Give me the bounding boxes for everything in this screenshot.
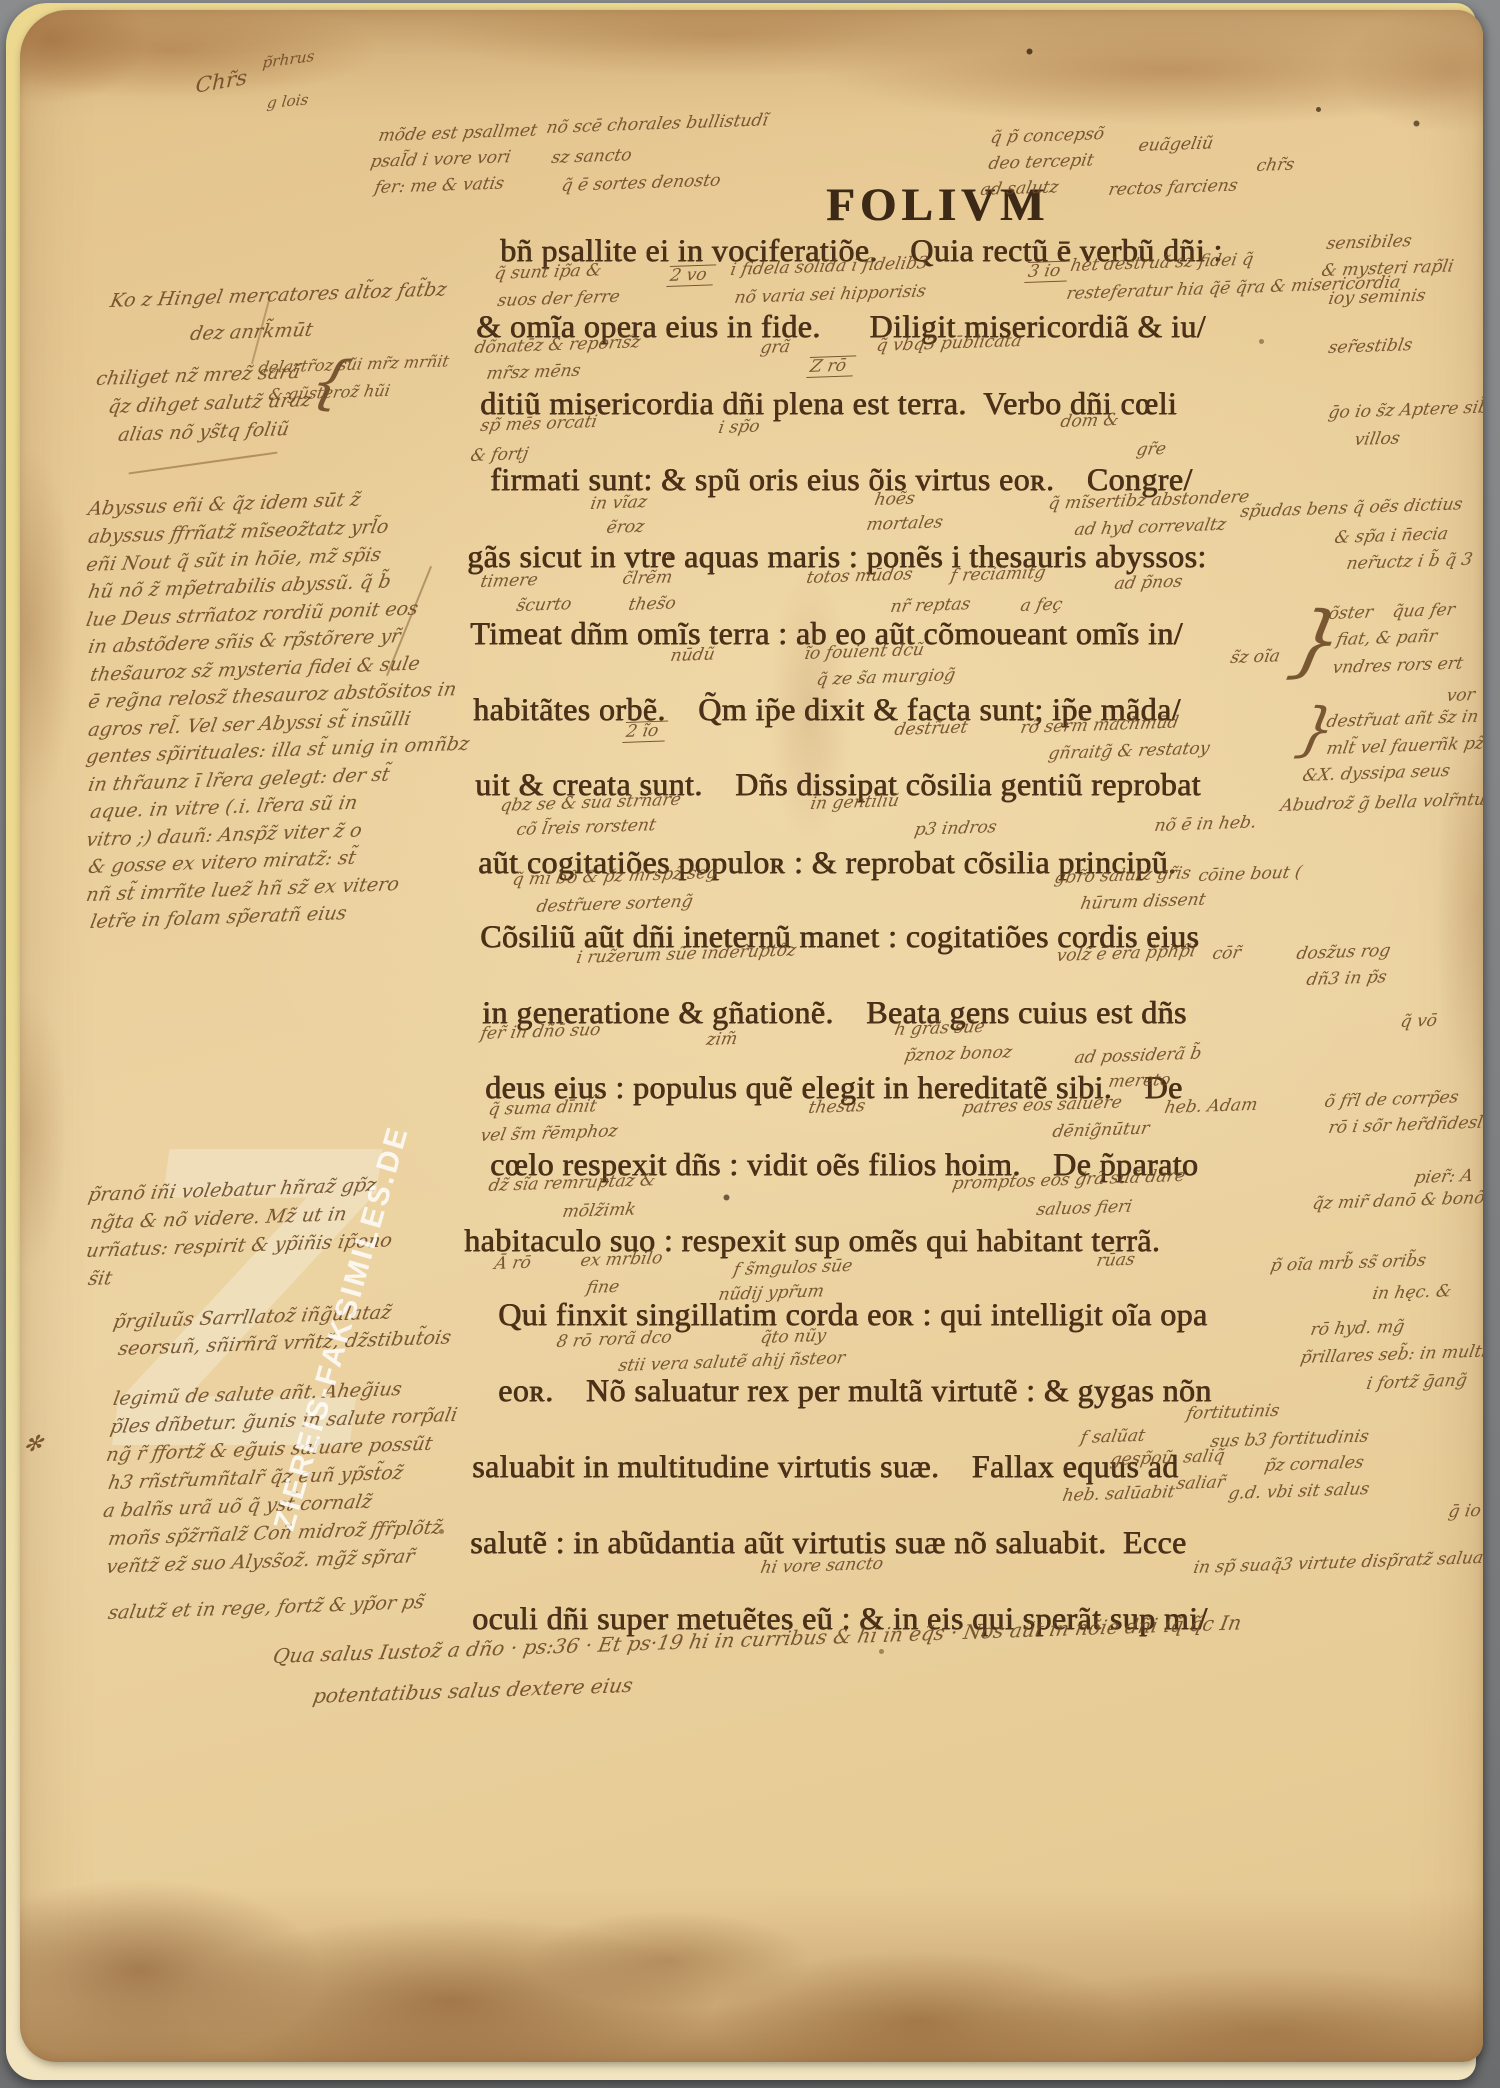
handwritten-gloss: abyssus ffrñatz̃ mĩseoz̃tatz yrl̃o [87, 518, 390, 547]
handwritten-gloss: ad p̃nos [1113, 574, 1184, 593]
handwritten-gloss: 2 ĩo [622, 721, 668, 743]
handwritten-gloss: fer̃ in dñō suo [479, 1022, 602, 1043]
handwritten-gloss: sensibiles [1325, 233, 1413, 253]
handwritten-gloss: q̃ mĩsertibz abstondere [1047, 489, 1251, 513]
handwritten-gloss: nūdũ [669, 646, 716, 665]
handwritten-gloss: &X. dyssipa seus [1301, 763, 1451, 785]
handwritten-gloss: vitro ;) dauñ: Ansp̃z̃ viter z̃ o [85, 821, 364, 850]
handwritten-gloss: p̃z cornales [1263, 1455, 1365, 1475]
handwritten-gloss: moñs sp̃z̃rñalz̃ Coñ midroz̃ ffr̃plõtz̃ [107, 1518, 444, 1549]
handwritten-gloss: q̃ ze s̃a murgiog̃ [815, 667, 957, 689]
handwritten-gloss: cōr̃ [1211, 945, 1242, 963]
handwritten-gloss: saliar̃ [1175, 1474, 1226, 1493]
handwritten-gloss: destr̃uere sorteng̃ [535, 894, 694, 916]
handwritten-gloss: ex mrbilo [579, 1250, 664, 1270]
handwritten-gloss: gñraitg̃ & restatoy [1047, 740, 1211, 763]
handwritten-gloss: Z rō [806, 355, 856, 378]
handwritten-gloss: suos der ferre [496, 289, 621, 310]
handwritten-gloss: mr̃sz mēns [485, 363, 582, 383]
handwritten-gloss: nr̃ reptas [889, 596, 972, 616]
handwritten-gloss: ad hyd correvaltz [1073, 517, 1227, 539]
handwritten-gloss: ✻ [21, 1434, 44, 1456]
handwritten-gloss: eñi Nout q̃ sũt in hōie, mz̃ sp̃is [85, 546, 383, 575]
handwritten-gloss: i sp̃o [717, 419, 761, 437]
handwritten-gloss: het destruã sz fidei q̃ [1069, 252, 1255, 275]
handwritten-gloss: fer: me & vatis [373, 176, 505, 197]
handwritten-gloss: dez anrk̃mūt [189, 321, 315, 344]
handwritten-gloss: Ā rō [493, 1255, 532, 1273]
handwritten-gloss: rectos farciens [1107, 178, 1239, 199]
handwritten-gloss: ng̃ta & nõ videre. Mz̃ ut in [89, 1205, 349, 1233]
handwritten-gloss: & sp̃a i n̄ecia [1333, 526, 1449, 547]
handwritten-gloss: ner̃uctz i b̃ q̃ 3 [1345, 552, 1474, 573]
handwritten-gloss: heb. salūabit [1061, 1484, 1176, 1505]
handwritten-gloss: hi vore sancto [759, 1556, 884, 1577]
handwritten-gloss: vor [1445, 687, 1476, 705]
handwritten-gloss: s̃it [87, 1269, 114, 1289]
handwritten-gloss: cōine bout ( [1197, 864, 1303, 885]
handwritten-gloss: psal̃d i vore vori [369, 149, 512, 171]
handwritten-gloss: a balñs urã uõ q̃ yst̃ cornalz̃ [102, 1493, 374, 1521]
handwritten-gloss: p̃znoz bonoz [903, 1044, 1013, 1065]
handwritten-gloss: in abstõdere sñis & rp̃stõrere yr̃ [87, 627, 402, 657]
handwritten-gloss: vel s̃m r̃ēmphoz [479, 1123, 619, 1145]
handwritten-gloss: sp̃udas bens q̃ oẽs dictius [1239, 496, 1464, 521]
handwritten-gloss: thes̃o [627, 595, 677, 614]
handwritten-gloss: q̃to nũy [759, 1328, 827, 1347]
handwritten-gloss: p̃rgiluũs Sarrllatoz̃ iñg̃ulataz̃ [112, 1303, 393, 1332]
handwritten-gloss: q̃ ē sortes denosto [560, 172, 722, 194]
handwritten-gloss: s̃curto [515, 596, 573, 615]
handwritten-gloss: q̃ sunt ip̃a & [493, 262, 603, 283]
handwritten-gloss: & gosse ex vitero miratz̃: st̃ [87, 849, 358, 877]
handwritten-gloss: fortitutinis [1185, 1403, 1281, 1423]
handwritten-gloss: dñ3 in p̃s [1305, 969, 1388, 989]
printed-line: eoʀ. Nõ saluatur rex per multã virtutẽ :… [498, 1374, 1212, 1406]
handwritten-gloss: rūas [1095, 1252, 1136, 1270]
handwritten-gloss: s̃z oĩa [1229, 648, 1281, 667]
handwritten-gloss: ĩo fouient dcũ [803, 642, 925, 663]
handwritten-gloss: p̃les dñbetur. g̃unis in salute rorp̃ali [109, 1406, 459, 1437]
handwritten-gloss: urñatus: respirit & yp̃iñis ip̃ono [85, 1231, 394, 1261]
handwritten-gloss: potentatibus salus dextere eius [311, 1675, 634, 1706]
handwritten-gloss: rorã dco [597, 1329, 673, 1349]
handwritten-gloss: ad salutz [979, 179, 1060, 199]
handwritten-gloss: destr̃uet [893, 719, 969, 739]
handwritten-gloss: dz̃ sĩa remrup̃tāz & [487, 1172, 657, 1195]
handwritten-gloss: q̃ vbq3 pūblicata [875, 333, 1023, 355]
handwritten-gloss: 8 rō [555, 1333, 593, 1351]
handwritten-gloss: dom̃ & [1059, 412, 1120, 431]
handwritten-gloss: hũ nõ z̃ mp̃etrabilis abyssũ. q̃ b̃ [87, 573, 393, 602]
handwritten-gloss: nõ scē chorales bullistudĩ [545, 112, 769, 137]
handwritten-gloss: i fortz̃ ḡang̃ [1365, 1373, 1468, 1393]
handwritten-gloss: legimũ de salute añt. Aheg̃ius [112, 1380, 404, 1409]
handwritten-gloss: Abudroz̃ [1279, 795, 1355, 815]
handwritten-gloss: in thr̃aunz ī lr̃era gelegt: der st̃ [87, 766, 391, 795]
handwritten-gloss: destr̃uat añt s̃z in bõ [1325, 708, 1483, 731]
handwritten-gloss: gr̃e [1135, 441, 1167, 459]
handwritten-gloss: volz̃ ē era p̃php̃i [1055, 943, 1197, 965]
printed-line: habitaculo suo : respexit sup omẽs qui h… [464, 1224, 1160, 1256]
handwritten-gloss: seorsuñ, sñirñrã vrñtz̃, dz̃stibut̃ois [117, 1328, 453, 1359]
handwritten-gloss: qbz se & sua strñare [499, 792, 682, 815]
handwritten-gloss: thes̃us [807, 1098, 867, 1117]
handwritten-gloss: g.d. vbi sit salus [1227, 1481, 1371, 1503]
handwritten-gloss: in hęc. & [1371, 1283, 1453, 1303]
handwritten-gloss: 2 vo [666, 264, 716, 287]
handwritten-gloss: rō i sõr her̃dñdeslr̃ [1327, 1114, 1483, 1137]
handwritten-gloss: chr̃s [1255, 157, 1296, 175]
handwritten-gloss: mōlz̃imk [561, 1201, 637, 1221]
handwritten-gloss: heb. Adam [1163, 1097, 1259, 1117]
handwritten-gloss: ng̃ r̃ ffortz̃ & eg̃uis saluare possũt [105, 1435, 434, 1465]
handwritten-gloss: f s̃mgulos sūe [732, 1258, 854, 1279]
handwritten-gloss: q̃ p̃ concepsõ [989, 126, 1105, 147]
handwritten-gloss: aque. in vitre (.i. lr̃era sũ in [89, 794, 359, 822]
handwritten-gloss: q̃ vō [1399, 1013, 1438, 1031]
handwritten-gloss: h grãs sūe [893, 1019, 986, 1039]
ink-specks [20, 10, 23, 13]
handwritten-gloss: Ko z Hingel mercatores alt̃oz fat̃bz [109, 280, 448, 311]
handwritten-gloss: ẽroz [605, 519, 646, 537]
handwritten-gloss: i fidela solida i fidelib3 [729, 255, 929, 279]
handwritten-gloss: Abyssus eñi & q̃z idem sūt z̃ [87, 491, 362, 519]
printed-line: saluabit in multitudine virtutis suæ. Fa… [472, 1450, 1178, 1482]
printed-line: salutẽ : in abũdantia aũt virtutis suæ n… [470, 1526, 1186, 1558]
handwritten-gloss: gbr̃o salutz gr̃is [1053, 865, 1192, 887]
handwritten-gloss: h3 rñstr̃umñtalr̃ q̃z euñ yp̃st̃oz̃ [107, 1464, 405, 1493]
handwritten-gloss: q̃ suma dīnit̃ [487, 1098, 598, 1119]
handwritten-gloss: rõ serm̃ machmūd [1019, 715, 1180, 737]
handwritten-gloss: deo tercepit [987, 152, 1095, 173]
manuscript-page: Z FOLIVM bñ psallite ei in vociferatiõe.… [20, 10, 1483, 2062]
handwritten-gloss: p̃rhrus [262, 49, 315, 71]
handwritten-gloss: mõde est psallmet [377, 123, 538, 145]
printed-line: firmati sunt: & spũ oris eius õis virtus… [490, 463, 1193, 495]
handwritten-gloss: sp̃ mēs orcati [479, 414, 598, 435]
handwritten-gloss: vndres rors ert [1331, 655, 1464, 677]
handwritten-gloss: alias nõ ys̃tq foliũ [117, 420, 291, 445]
handwritten-gloss: dēnig̃nūtur [1051, 1121, 1151, 1141]
handwritten-gloss: gentes sp̃irituales: illa st̃ unig in om… [85, 735, 471, 767]
handwritten-gloss: in gentiliũ [809, 793, 900, 813]
handwritten-gloss: c̃lrẽm [621, 569, 674, 588]
handwritten-gloss: g lois [266, 92, 309, 110]
handwritten-gloss: & fortj [469, 446, 530, 465]
handwritten-gloss: a feç [1019, 597, 1064, 615]
handwritten-gloss: 3 io [1024, 261, 1070, 283]
handwritten-gloss: mortales [865, 514, 944, 534]
handwritten-gloss: nñ st̃ imrñte luez̃ hñ sz̃ ex vitero [85, 875, 401, 905]
handwritten-gloss: õ fr̃l de corrp̃es [1323, 1089, 1460, 1111]
handwritten-gloss: ḡ io [1447, 1503, 1482, 1521]
handwritten-gloss: f reciãmitg [949, 565, 1047, 585]
handwritten-gloss: g̃ bella volr̃ntur [1357, 791, 1483, 813]
handwritten-gloss: ser̃estibls [1327, 337, 1414, 357]
handwritten-gloss: dosz̃us rog [1295, 943, 1392, 963]
handwritten-gloss: q̃ mĩ bõ & p̃z mrspz̃ seg [511, 865, 719, 889]
handwritten-gloss: dõnatēz & reporis̃z [473, 334, 642, 357]
handwritten-gloss: pier̃: A [1413, 1168, 1474, 1187]
handwritten-gloss: p̃rillares seb̃: in multitudĩe exercitg̃ [1299, 1339, 1483, 1367]
handwritten-gloss: saluos fieri [1035, 1199, 1133, 1219]
handwritten-gloss: q̃z mir̃ danō & bonõ f̃ [1311, 1190, 1483, 1213]
handwritten-gloss: nõ ē in heb. [1153, 814, 1258, 835]
handwritten-gloss: p̃ oĩa mrb̃ ss̃ orib̃s [1269, 1253, 1427, 1275]
handwritten-gloss: zim̃ [705, 1031, 739, 1049]
printed-line: Qui finxit singillatim corda eoʀ : qui i… [498, 1298, 1207, 1330]
handwritten-gloss: i ruz̃erum sũe inder̃uptõz [575, 942, 797, 967]
handwritten-gloss: p3 indros [913, 819, 998, 839]
handwritten-gloss: in vĩaz [589, 494, 648, 513]
handwritten-gloss: timere [479, 572, 539, 591]
handwritten-gloss: f salũat [1079, 1428, 1146, 1447]
handwritten-gloss: Chr̃s [195, 67, 247, 96]
handwritten-gloss: hoẽs [873, 491, 916, 509]
handwritten-gloss: q̃ua fer [1391, 602, 1456, 621]
handwritten-gloss: cõ l̃reis rorstent [515, 817, 657, 839]
handwritten-gloss: salutz̃ et in rege, fortz̃ & yp̃or ps̃ [107, 1593, 426, 1623]
handwritten-gloss: euãgeliũ [1137, 135, 1214, 155]
handwritten-gloss: patres eos saluere [961, 1094, 1123, 1117]
handwritten-gloss: nũdij ypr̃um [717, 1283, 825, 1304]
handwritten-gloss: sz sancto [550, 147, 633, 167]
handwritten-gloss: villos [1353, 430, 1401, 449]
handwritten-gloss: grã [759, 339, 791, 357]
handwritten-gloss: fiat, & pañr [1335, 629, 1438, 649]
handwritten-gloss: ad possiderã b̃ [1073, 1046, 1203, 1067]
handwritten-gloss: fine [585, 1279, 621, 1297]
facsimile-photo: Z FOLIVM bñ psallite ei in vociferatiõe.… [0, 0, 1500, 2088]
handwritten-gloss: ḡo io s̃z Aptere sib̃ [1327, 399, 1483, 422]
handwritten-gloss: veñtz̃ ez̃ suo Alyss̃oz̃. mg̃z̃ sp̃rar̃ [105, 1547, 416, 1577]
handwritten-gloss: totos mūdos [805, 566, 914, 587]
handwritten-gloss: in sp̃ suaq̃3 virtute disp̃ratz̃ saluari [1192, 1549, 1483, 1577]
handwritten-gloss: letr̃e in folam sp̃eratñ eius [89, 904, 349, 932]
handwritten-gloss: rō hyd. mg̃ [1309, 1319, 1406, 1339]
handwritten-gloss: p̃ranõ iñi volebatur hñraz̃ gp̃z [87, 1176, 378, 1205]
handwritten-gloss: mereto [1107, 1072, 1172, 1091]
handwritten-gloss: sus b3 fortitudinis [1209, 1429, 1370, 1451]
handwritten-gloss: gesp̃oũ saliq̃ [1109, 1448, 1226, 1469]
paper-scratch [129, 452, 278, 475]
handwritten-gloss: hūrum dissent [1079, 892, 1207, 913]
handwritten-gloss: mlt̃ vel fauerñk pz̃ [1325, 736, 1483, 758]
handwritten-gloss: nõ varia sei hipporisis [733, 283, 927, 307]
